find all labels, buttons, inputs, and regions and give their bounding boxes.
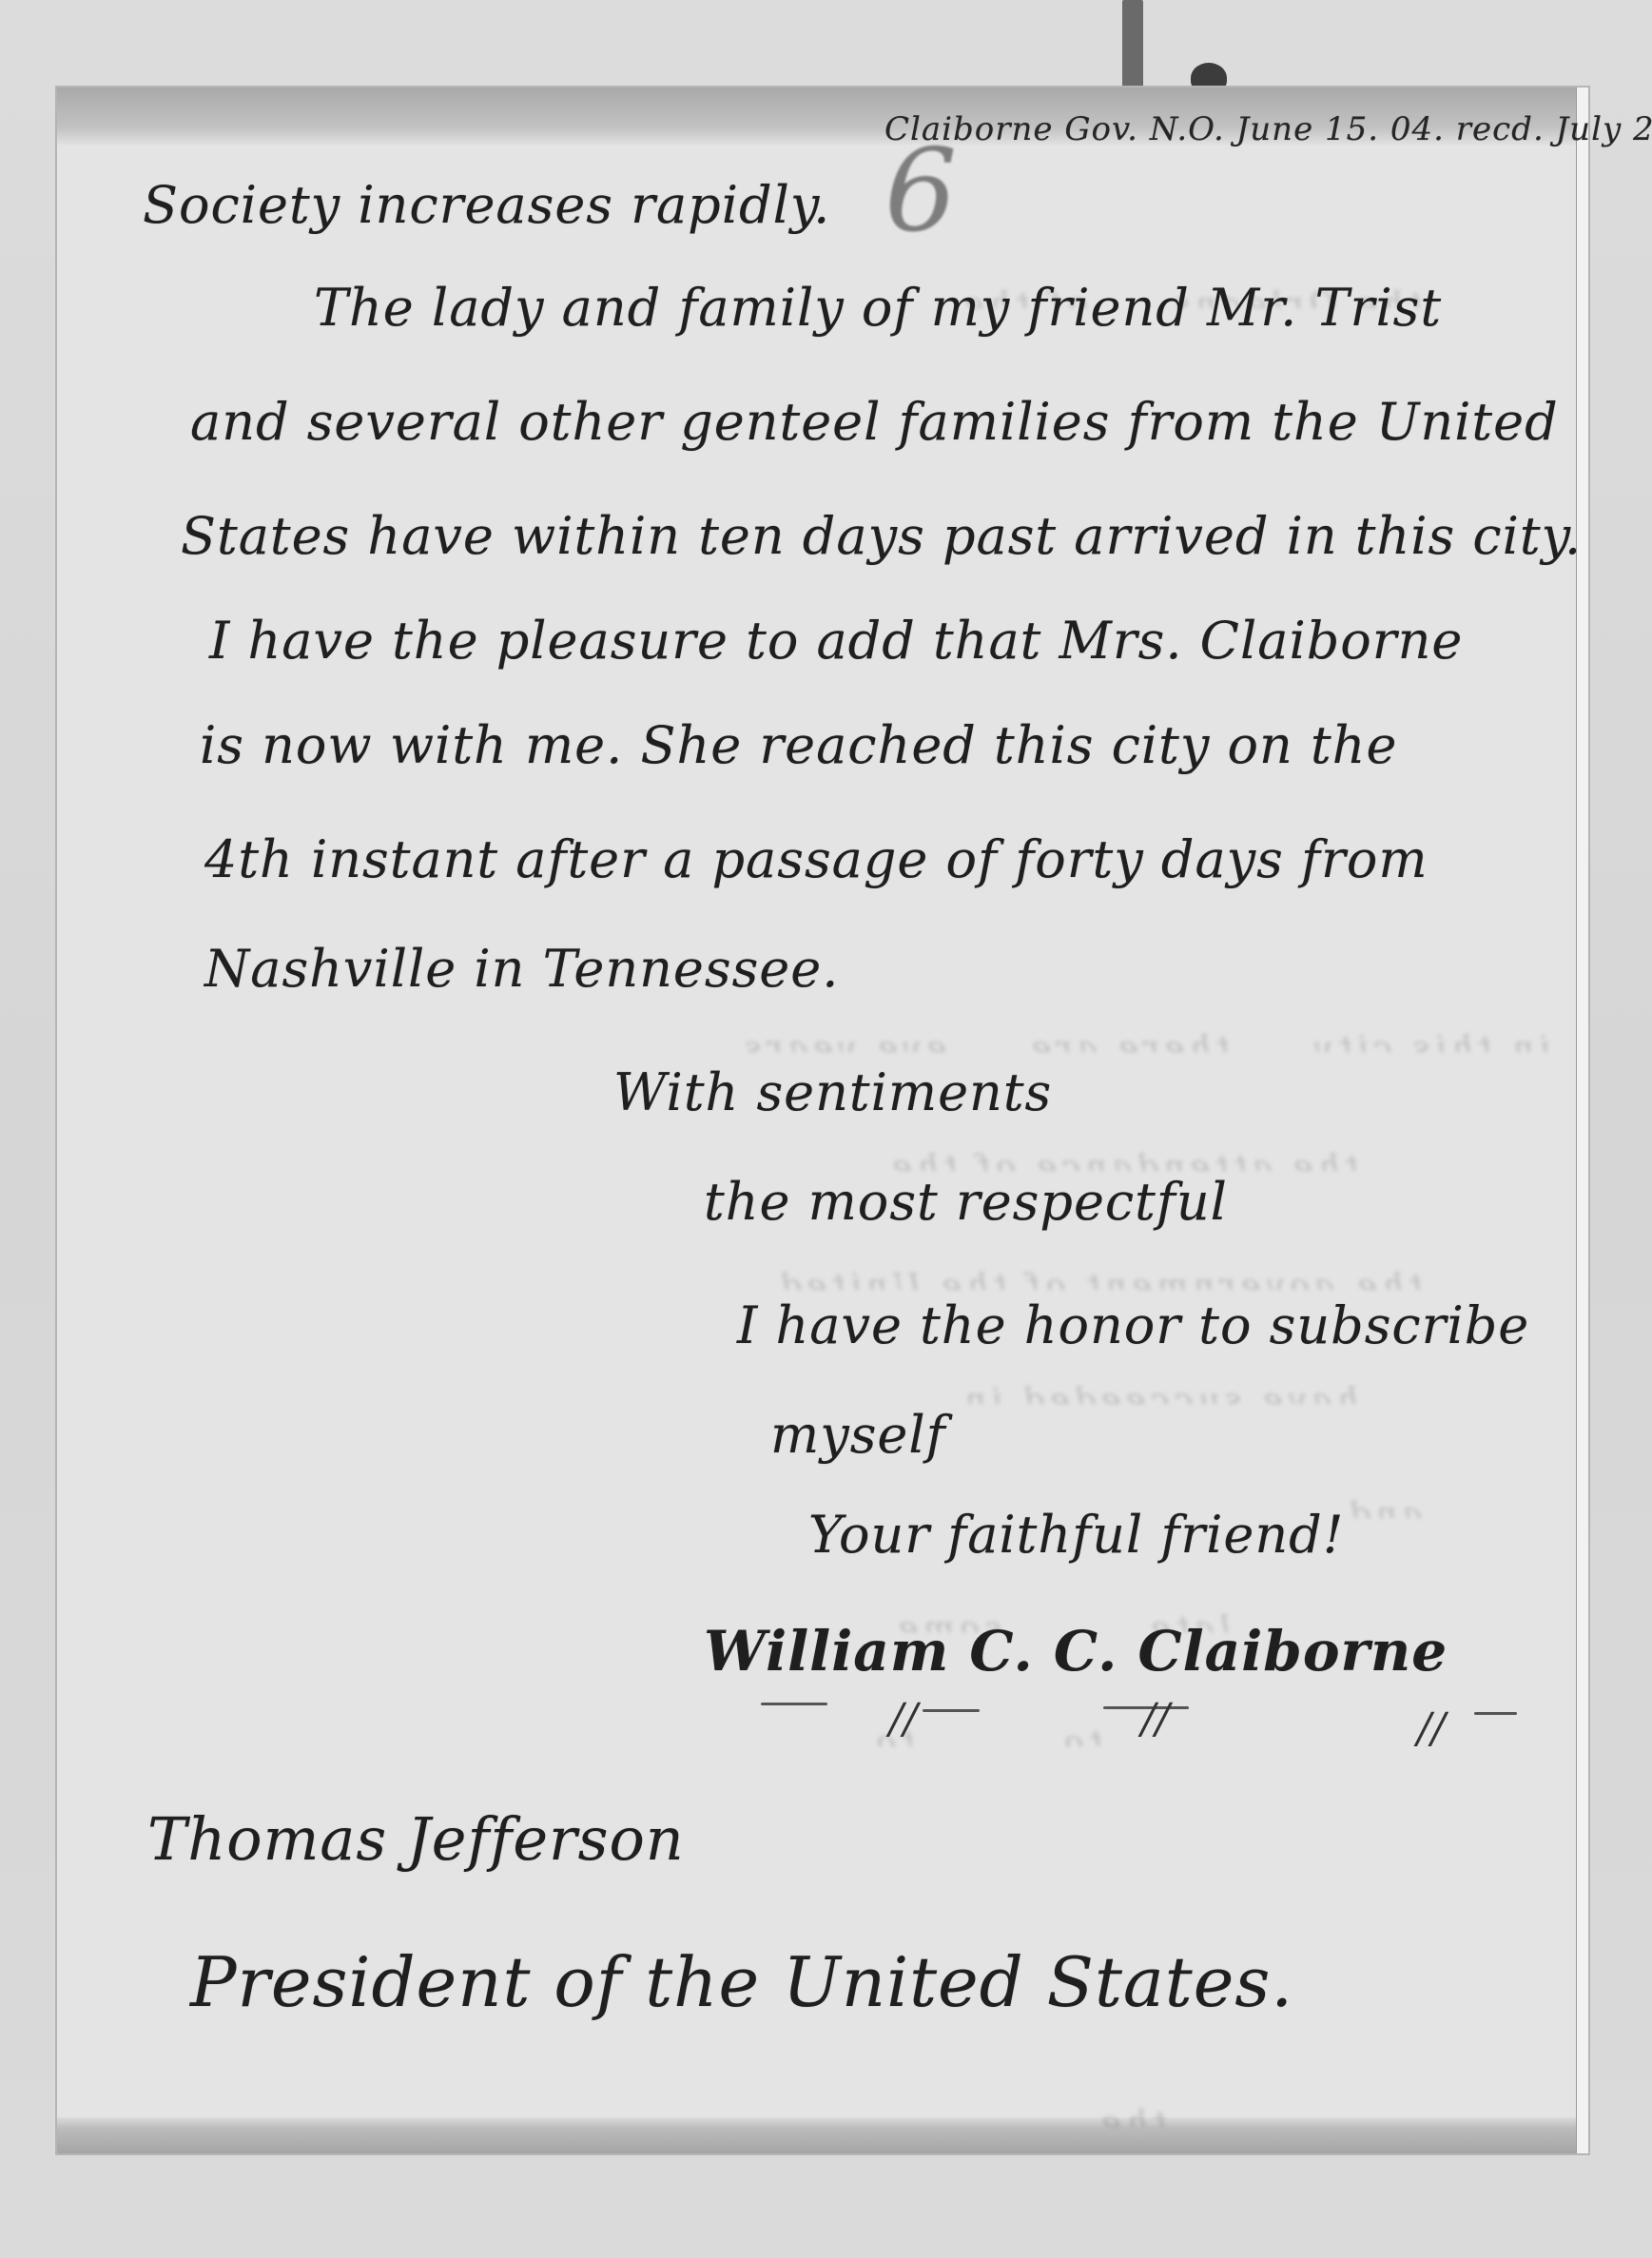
closing-line-5: Your faithful friend! bbox=[808, 1505, 1344, 1565]
binder-clip bbox=[1122, 0, 1143, 88]
closing-line-1: With sentiments bbox=[613, 1062, 1052, 1122]
signature-flourish bbox=[923, 1709, 980, 1712]
signature-tick-mark: // bbox=[889, 1695, 918, 1743]
body-line-8: Nashville in Tennessee. bbox=[204, 939, 839, 999]
body-line-7: 4th instant after a passage of forty day… bbox=[204, 829, 1428, 889]
signature: William C. C. Claiborne bbox=[704, 1619, 1448, 1684]
body-line-3: and several other genteel families from … bbox=[190, 392, 1559, 452]
page-right-edge bbox=[1576, 88, 1588, 2153]
signature-tick-mark: // bbox=[1417, 1704, 1446, 1753]
body-line-2: The lady and family of my friend Mr. Tri… bbox=[314, 278, 1442, 338]
addressee-name: Thomas Jefferson bbox=[147, 1804, 685, 1874]
closing-line-4: myself bbox=[770, 1405, 946, 1465]
bleed-line: ... ... ... the attendance of the ... bbox=[162, 1148, 1550, 1171]
bleed-line: in this city ... there are ... eye years bbox=[162, 1029, 1550, 1052]
signature-tick-mark: // bbox=[1141, 1695, 1170, 1743]
addressee-title: President of the United States. bbox=[190, 1942, 1293, 2022]
bleed-line: ... ... ... ... ... ... ... bbox=[162, 2047, 1550, 2070]
closing-line-3: I have the honor to subscribe bbox=[737, 1295, 1529, 1355]
closing-line-2: the most respectful bbox=[704, 1172, 1228, 1232]
signature-flourish bbox=[1474, 1712, 1517, 1715]
docket-note: Claiborne Gov. N.O. June 15. 04. recd. J… bbox=[884, 110, 1652, 148]
body-line-5: I have the pleasure to add that Mrs. Cla… bbox=[209, 611, 1463, 671]
page-bottom-shadow bbox=[57, 2117, 1588, 2153]
signature-flourish bbox=[761, 1703, 827, 1705]
bleed-line: ... ... ... ... ... ... ... to ... ... t… bbox=[162, 1723, 1550, 1746]
manuscript-page: ... ... the Orleans ... of the ... in th… bbox=[57, 88, 1588, 2153]
bleed-line: ... ... ... have succeeded in ... ... bbox=[162, 1381, 1550, 1404]
body-line-4: States have within ten days past arrived… bbox=[181, 506, 1582, 566]
body-line-6: is now with me. She reached this city on… bbox=[200, 715, 1397, 775]
bleed-line: ... ... the government of the United bbox=[162, 1267, 1550, 1290]
body-line-1: Society increases rapidly. bbox=[143, 175, 830, 235]
